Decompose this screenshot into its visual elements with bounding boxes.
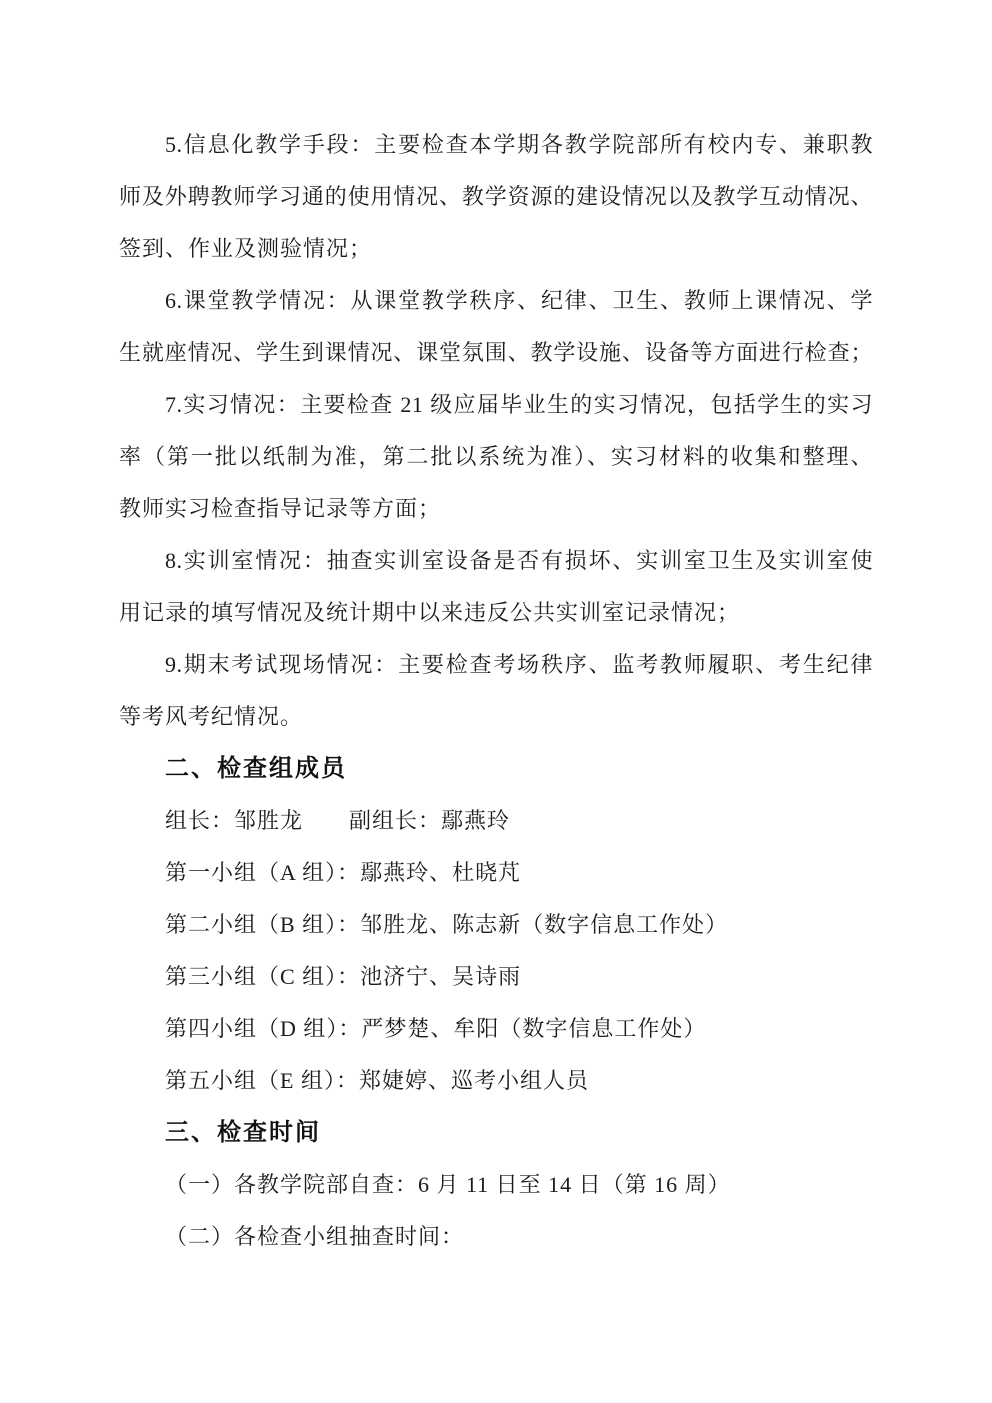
members-group-a-line: 第一小组（A 组）：鄢燕玲、杜晓芃 — [119, 847, 873, 899]
members-group-b-line: 第二小组（B 组）：邹胜龙、陈志新（数字信息工作处） — [119, 899, 873, 951]
members-group-d-line: 第四小组（D 组）：严梦楚、牟阳（数字信息工作处） — [119, 1003, 873, 1055]
item-7-line-1: 7.实习情况：主要检查 21 级应届毕业生的实习情况，包括学生的实习 — [119, 379, 873, 431]
members-section-heading: 二、检查组成员 — [119, 743, 873, 795]
item-5-line-2: 师及外聘教师学习通的使用情况、教学资源的建设情况以及教学互动情况、 — [119, 171, 873, 223]
item-5-line-3: 签到、作业及测验情况； — [119, 223, 873, 275]
document-page: 5.信息化教学手段：主要检查本学期各教学院部所有校内专、兼职教 师及外聘教师学习… — [0, 0, 992, 1403]
item-6-line-2: 生就座情况、学生到课情况、课堂氛围、教学设施、设备等方面进行检查； — [119, 327, 873, 379]
time-self-check-line: （一）各教学院部自查：6 月 11 日至 14 日（第 16 周） — [119, 1159, 873, 1211]
item-8-line-1: 8.实训室情况：抽查实训室设备是否有损坏、实训室卫生及实训室使 — [119, 535, 873, 587]
item-9-line-1: 9.期末考试现场情况：主要检查考场秩序、监考教师履职、考生纪律 — [119, 639, 873, 691]
members-leaders-line: 组长：邹胜龙 副组长：鄢燕玲 — [119, 795, 873, 847]
members-group-e-line: 第五小组（E 组）：郑婕婷、巡考小组人员 — [119, 1055, 873, 1107]
item-5-line-1: 5.信息化教学手段：主要检查本学期各教学院部所有校内专、兼职教 — [119, 119, 873, 171]
item-6-line-1: 6.课堂教学情况：从课堂教学秩序、纪律、卫生、教师上课情况、学 — [119, 275, 873, 327]
time-section-heading: 三、检查时间 — [119, 1107, 873, 1159]
item-7-line-2: 率（第一批以纸制为准，第二批以系统为准）、实习材料的收集和整理、 — [119, 431, 873, 483]
time-spot-check-line: （二）各检查小组抽查时间： — [119, 1211, 873, 1263]
item-8-line-2: 用记录的填写情况及统计期中以来违反公共实训室记录情况； — [119, 587, 873, 639]
item-7-line-3: 教师实习检查指导记录等方面； — [119, 483, 873, 535]
item-9-line-2: 等考风考纪情况。 — [119, 691, 873, 743]
document-content: 5.信息化教学手段：主要检查本学期各教学院部所有校内专、兼职教 师及外聘教师学习… — [119, 119, 873, 1263]
members-group-c-line: 第三小组（C 组）：池济宁、吴诗雨 — [119, 951, 873, 1003]
